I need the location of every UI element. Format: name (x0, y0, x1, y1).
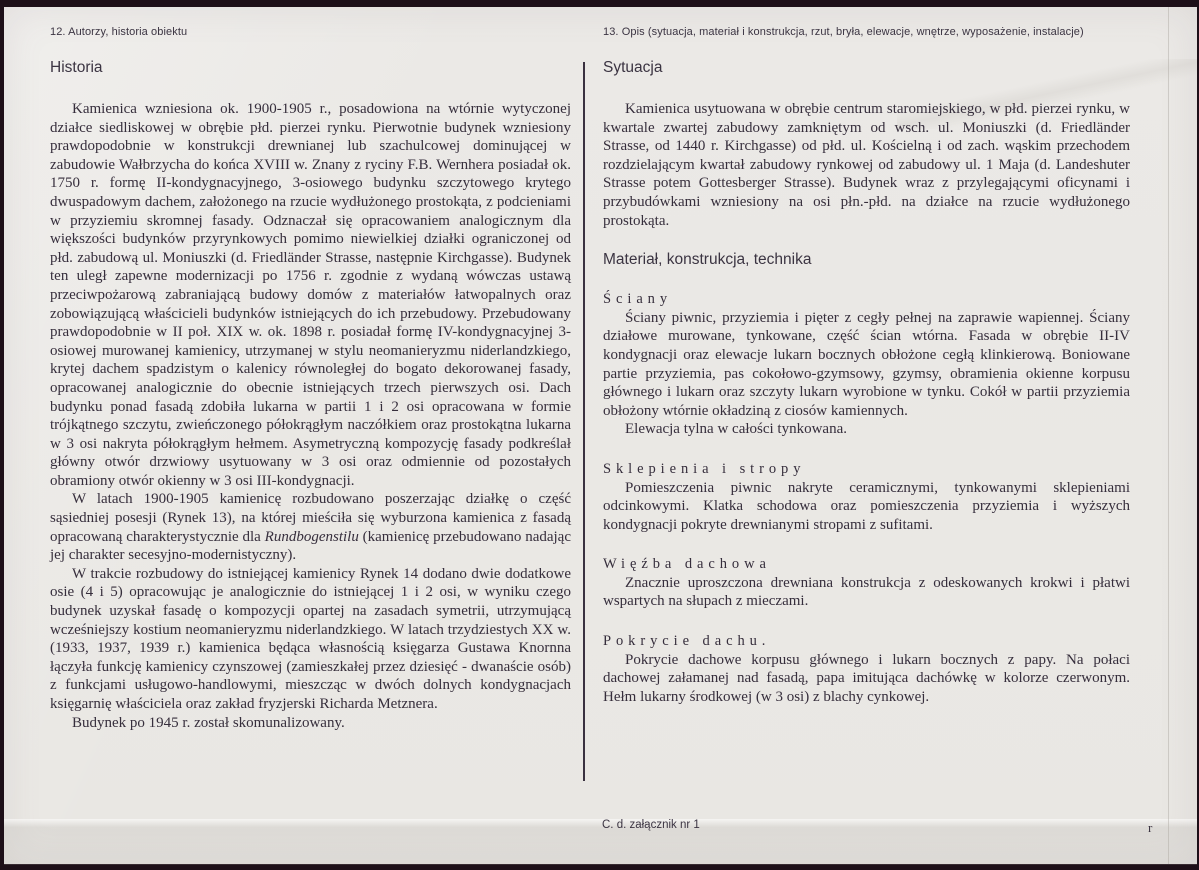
history-section-title: Historia (50, 59, 571, 77)
roof-truss-subheading: Więźba dachowa (603, 555, 1130, 574)
walls-paragraph-2: Elewacja tylna w całości tynkowana. (603, 420, 1130, 439)
left-column-form-label: 12. Autorzy, historia obiektu (50, 26, 571, 38)
roof-truss-paragraph: Znacznie uproszczona drewniana konstrukc… (603, 574, 1130, 611)
column-divider-rule (583, 62, 585, 781)
roofing-subheading: Pokrycie dachu. (603, 632, 1130, 651)
history-paragraph-4: Budynek po 1945 r. został skomunalizowan… (50, 714, 571, 733)
footer-continuation-note: C. d. załącznik nr 1 (602, 819, 700, 831)
paper-crease-bottom (4, 819, 1197, 865)
roofing-paragraph: Pokrycie dachowe korpusu głównego i luka… (603, 651, 1130, 707)
footer-page-mark: r (1148, 820, 1152, 836)
history-paragraph-1: Kamienica wzniesiona ok. 1900-1905 r., p… (50, 100, 571, 490)
situation-section-title: Sytuacja (603, 59, 1130, 77)
vaults-paragraph: Pomieszczenia piwnic nakryte ceramicznym… (603, 479, 1130, 535)
history-body: Kamienica wzniesiona ok. 1900-1905 r., p… (50, 100, 571, 732)
walls-paragraph-1: Ściany piwnic, przyziemia i pięter z ceg… (603, 309, 1130, 421)
paper-right-edge (1168, 7, 1169, 864)
history-paragraph-3: W trakcie rozbudowy do istniejącej kamie… (50, 565, 571, 714)
right-column-form-label: 13. Opis (sytuacja, materiał i konstrukc… (603, 26, 1130, 38)
walls-body: Ściany piwnic, przyziemia i pięter z ceg… (603, 309, 1130, 439)
right-column: 13. Opis (sytuacja, materiał i konstrukc… (603, 26, 1130, 706)
roofing-body: Pokrycie dachowe korpusu głównego i luka… (603, 651, 1130, 707)
walls-subheading: Ściany (603, 290, 1130, 309)
situation-paragraph: Kamienica usytuowana w obrębie centrum s… (603, 100, 1130, 230)
left-column: 12. Autorzy, historia obiektu Historia K… (50, 26, 571, 732)
history-paragraph-2-italic-term: Rundbogenstilu (265, 529, 359, 545)
vaults-subheading: Sklepienia i stropy (603, 460, 1130, 479)
history-paragraph-2: W latach 1900-1905 kamienicę rozbudowano… (50, 490, 571, 564)
roof-truss-body: Znacznie uproszczona drewniana konstrukc… (603, 574, 1130, 611)
vaults-body: Pomieszczenia piwnic nakryte ceramicznym… (603, 479, 1130, 535)
situation-body: Kamienica usytuowana w obrębie centrum s… (603, 100, 1130, 230)
material-section-title: Materiał, konstrukcja, technika (603, 251, 1130, 269)
scanned-document-page: { "colors": { "paper": "#eae8e5", "ink":… (0, 0, 1199, 870)
